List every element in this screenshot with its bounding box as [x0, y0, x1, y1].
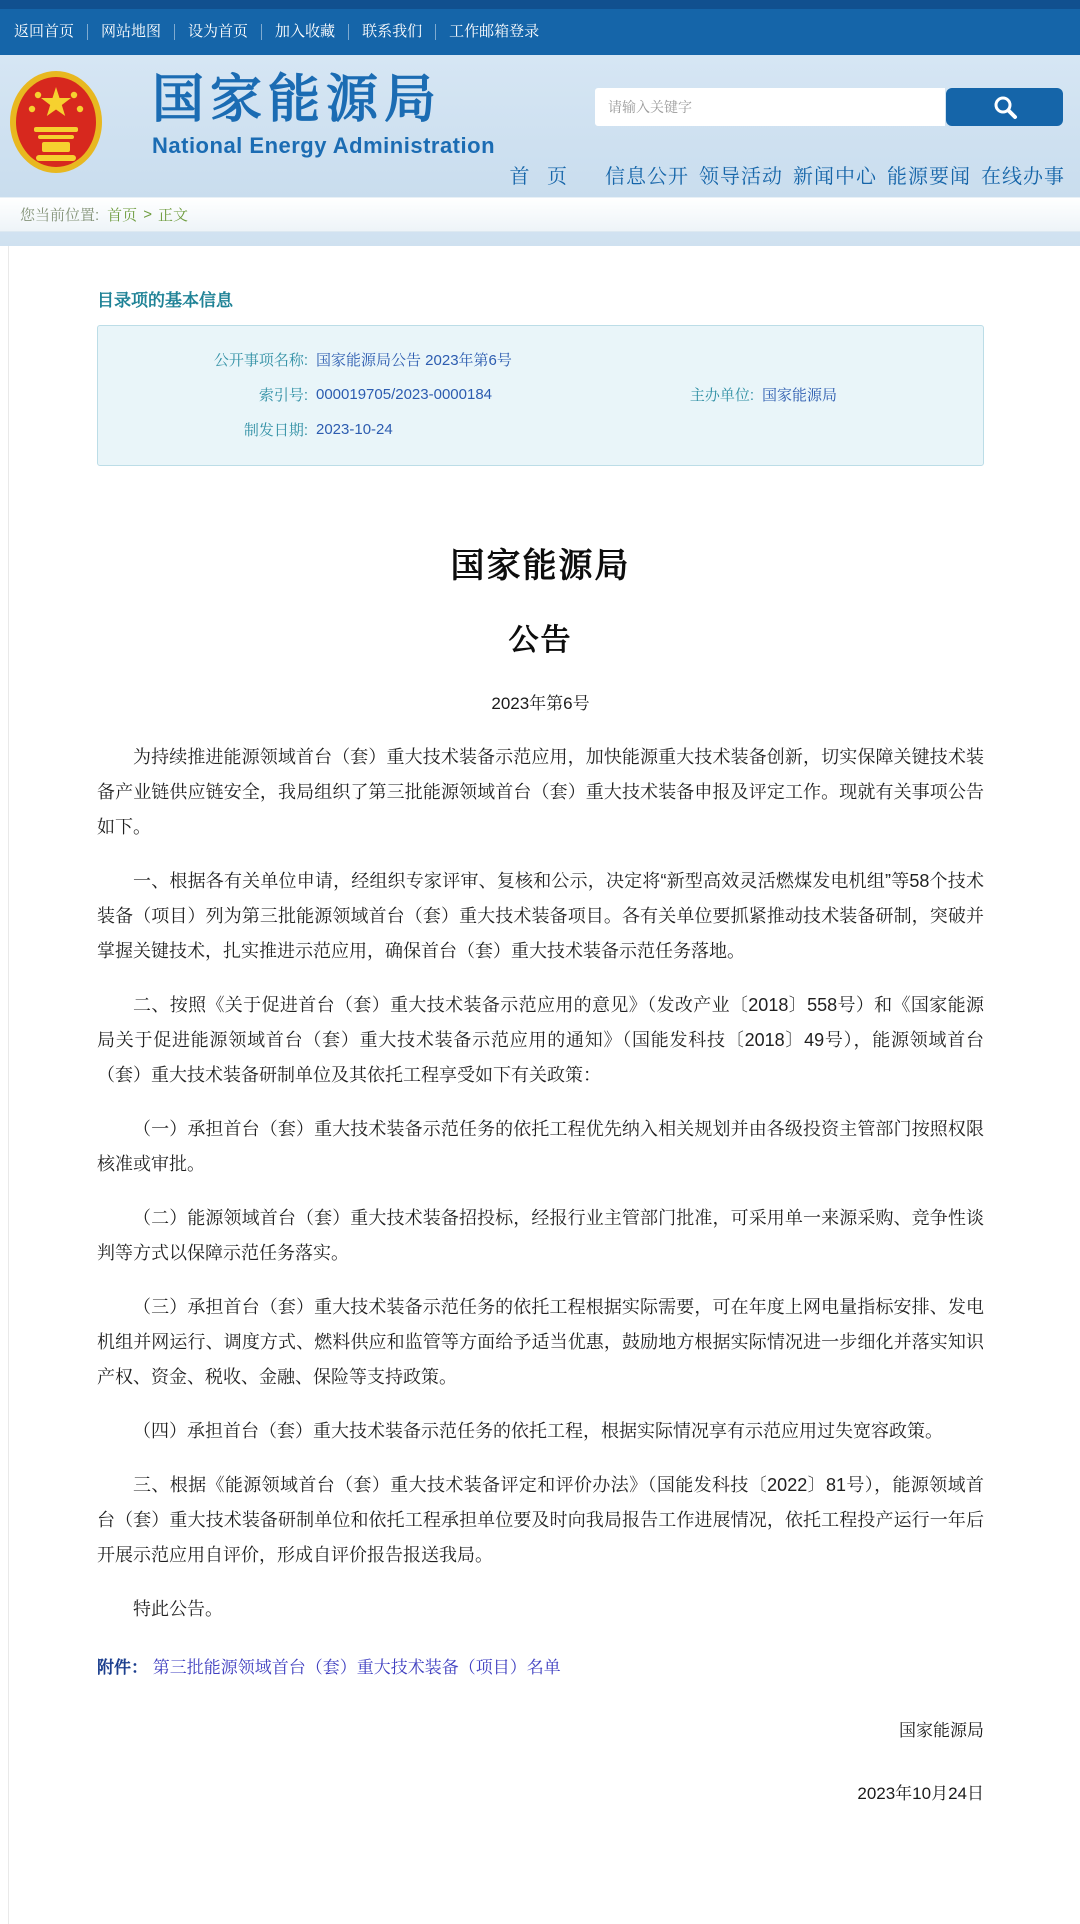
site-header: 国家能源局 National Energy Administration 首 页…: [0, 55, 1080, 197]
paragraph-closing: 特此公告。: [97, 1592, 984, 1627]
breadcrumb-label: 您当前位置:: [20, 204, 99, 225]
paragraph-item-2: 二、按照《关于促进首台（套）重大技术装备示范应用的意见》（发改产业〔2018〕5…: [97, 988, 984, 1093]
catalog-index-value: 000019705/2023-0000184: [316, 386, 492, 403]
search-icon: [992, 94, 1018, 120]
topbar-link-sethome[interactable]: 设为首页: [175, 24, 262, 40]
document-title-agency: 国家能源局: [97, 538, 984, 587]
catalog-org-label: 主办单位:: [642, 384, 762, 405]
site-title-cn: 国家能源局: [152, 71, 495, 129]
nav-news-center[interactable]: 新闻中心: [788, 160, 882, 189]
site-brand: 国家能源局 National Energy Administration: [152, 71, 495, 159]
primary-nav: 首 页 信息公开 领导活动 新闻中心 能源要闻 在线办事: [504, 160, 1070, 189]
signature-agency: 国家能源局: [97, 1716, 984, 1741]
nav-leader-activities[interactable]: 领导活动: [694, 160, 788, 189]
document-title-type: 公告: [97, 615, 984, 659]
breadcrumb: 您当前位置: 首页 > 正文: [0, 197, 1080, 232]
site-title-en: National Energy Administration: [152, 133, 495, 159]
signature-date: 2023年10月24日: [97, 1779, 984, 1804]
paragraph-item-3: 三、根据《能源领域首台（套）重大技术装备评定和评价办法》（国能发科技〔2022〕…: [97, 1468, 984, 1573]
attachment-link[interactable]: 第三批能源领域首台（套）重大技术装备（项目）名单: [153, 1658, 561, 1677]
attachment-label: 附件：: [97, 1658, 148, 1677]
nav-online-service[interactable]: 在线办事: [976, 160, 1070, 189]
topbar-link-sitemap[interactable]: 网站地图: [88, 24, 175, 40]
paragraph-intro: 为持续推进能源领域首台（套）重大技术装备示范应用，加快能源重大技术装备创新，切实…: [97, 740, 984, 845]
catalog-org-value[interactable]: 国家能源局: [762, 384, 837, 405]
paragraph-policy-1: （一）承担首台（套）重大技术装备示范任务的依托工程优先纳入相关规划并由各级投资主…: [97, 1112, 984, 1182]
breadcrumb-separator: >: [143, 206, 152, 223]
catalog-row-date: 制发日期: 2023-10-24: [98, 412, 983, 447]
topbar-link-mail-login[interactable]: 工作邮箱登录: [436, 24, 552, 40]
catalog-date-value: 2023-10-24: [316, 421, 393, 438]
catalog-date-label: 制发日期:: [98, 419, 316, 440]
topbar-link-home[interactable]: 返回首页: [14, 24, 88, 40]
topbar-link-contact[interactable]: 联系我们: [349, 24, 436, 40]
catalog-name-label: 公开事项名称:: [98, 349, 316, 370]
breadcrumb-home-link[interactable]: 首页: [107, 204, 137, 225]
search-input[interactable]: [595, 88, 945, 126]
attachment-line: 附件： 第三批能源领域首台（套）重大技术装备（项目）名单: [97, 1653, 984, 1678]
catalog-name-value[interactable]: 国家能源局公告 2023年第6号: [316, 349, 512, 370]
catalog-row-name: 公开事项名称: 国家能源局公告 2023年第6号: [98, 342, 983, 377]
paragraph-policy-4: （四）承担首台（套）重大技术装备示范任务的依托工程，根据实际情况享有示范应用过失…: [97, 1414, 984, 1449]
catalog-index-label: 索引号:: [98, 384, 316, 405]
catalog-heading: 目录项的基本信息: [97, 286, 984, 311]
search-bar: [595, 88, 1063, 126]
catalog-row-index-org: 索引号: 000019705/2023-0000184 主办单位: 国家能源局: [98, 377, 983, 412]
document-body: 为持续推进能源领域首台（套）重大技术装备示范应用，加快能源重大技术装备创新，切实…: [97, 740, 984, 1627]
paragraph-item-1: 一、根据各有关单位申请，经组织专家评审、复核和公示，决定将“新型高效灵活燃煤发电…: [97, 864, 984, 969]
nav-energy-news[interactable]: 能源要闻: [882, 160, 976, 189]
document-number: 2023年第6号: [97, 689, 984, 714]
nav-info-disclosure[interactable]: 信息公开: [600, 160, 694, 189]
breadcrumb-band: 您当前位置: 首页 > 正文: [0, 197, 1080, 246]
paragraph-policy-2: （二）能源领域首台（套）重大技术装备招投标，经报行业主管部门批准，可采用单一来源…: [97, 1201, 984, 1271]
top-utility-bar: 返回首页 网站地图 设为首页 加入收藏 联系我们 工作邮箱登录: [0, 0, 1080, 55]
paragraph-policy-3: （三）承担首台（套）重大技术装备示范任务的依托工程根据实际需要，可在年度上网电量…: [97, 1290, 984, 1395]
national-emblem-icon: [8, 69, 104, 175]
nav-home[interactable]: 首 页: [504, 160, 578, 189]
search-button[interactable]: [946, 88, 1063, 126]
main-content: 目录项的基本信息 公开事项名称: 国家能源局公告 2023年第6号 索引号: 0…: [8, 246, 1080, 1924]
catalog-info-box: 公开事项名称: 国家能源局公告 2023年第6号 索引号: 000019705/…: [97, 325, 984, 466]
breadcrumb-current: 正文: [158, 204, 188, 225]
topbar-link-favorite[interactable]: 加入收藏: [262, 24, 349, 40]
